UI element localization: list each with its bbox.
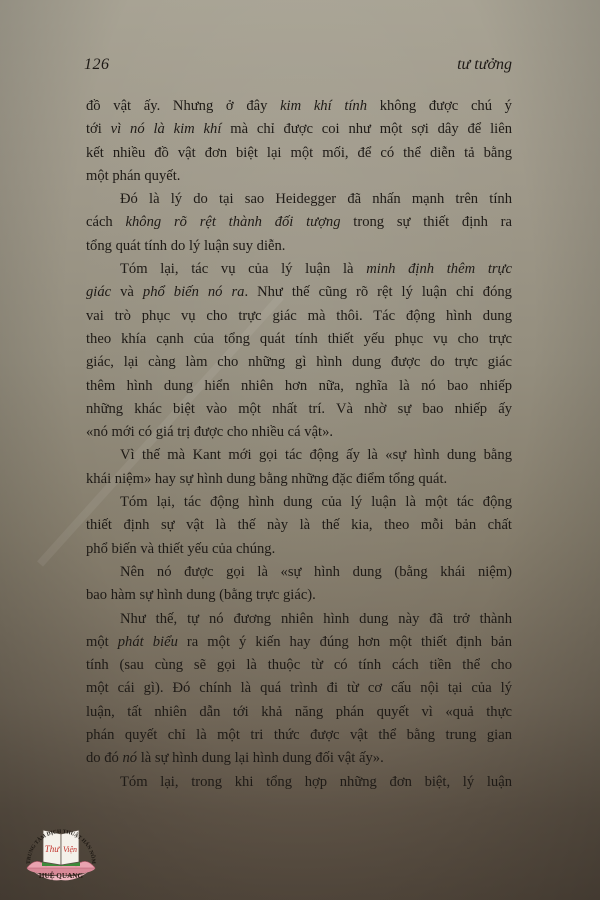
- logo-name: HUỆ QUANG: [39, 871, 84, 880]
- text-run: một phán quyết.: [86, 168, 180, 184]
- text-line: tính (sau cùng sẽ gọi là thuộc từ có tín…: [86, 654, 512, 677]
- hue-quang-logo: Thư Viện TRUNG TÂM DỊCH THUẬT HÁN NÔM HU…: [18, 812, 104, 888]
- text-line: Đó là lý do tại sao Heidegger đã nhấn mạ…: [86, 188, 512, 211]
- text-run: một: [86, 634, 118, 650]
- page-number: 126: [84, 56, 110, 74]
- text-run: phán quyết chỉ là một tri thức được vật …: [86, 727, 512, 743]
- text-line: cách không rõ rệt thành đối tượng trong …: [86, 211, 512, 234]
- text-run: Tóm lại, tác vụ của lý luận là: [120, 261, 366, 277]
- text-run: tính (sau cùng sẽ gọi là thuộc từ có tín…: [86, 657, 512, 673]
- text-run: thiết định sự vật là thế này là thế kia,…: [86, 517, 512, 533]
- text-run: tổng quát tính do lý luận suy diễn.: [86, 238, 285, 254]
- text-line: khái niệm» hay sự hình dung bằng những đ…: [86, 468, 512, 491]
- text-run: Tóm lại, tác động hình dung của lý luận …: [120, 494, 512, 510]
- text-line: thiết định sự vật là thế này là thế kia,…: [86, 514, 512, 537]
- emphasized-text: nó: [122, 750, 137, 766]
- emphasized-text: phát biểu: [118, 634, 178, 650]
- text-line: theo khía cạnh của tổng quát tính thiết …: [86, 328, 512, 351]
- text-run: ra một ý kiến hay đúng hơn một thiết địn…: [178, 634, 512, 650]
- text-line: Như thế, tự nó đương nhiên hình dung này…: [86, 608, 512, 631]
- text-line: một cái gì). Đó chính là quá trình đi từ…: [86, 677, 512, 700]
- paragraph: Tóm lại, tác động hình dung của lý luận …: [86, 491, 512, 561]
- text-line: tổng quát tính do lý luận suy diễn.: [86, 235, 512, 258]
- emphasized-text: kim khí tính: [280, 98, 367, 114]
- text-line: thêm hình dung hiển nhiên hơn nữa, nghĩa…: [86, 375, 512, 398]
- text-run: thêm hình dung hiển nhiên hơn nữa, nghĩa…: [86, 378, 512, 394]
- text-run: luận, tất nhiên dẫn tới khả năng phán qu…: [86, 704, 512, 720]
- emphasized-text: minh định thêm trực: [366, 261, 512, 277]
- emphasized-text: vì nó là kim khí: [111, 121, 222, 137]
- text-line: bao hàm sự hình dung (bằng trực giác).: [86, 584, 512, 607]
- paragraph: đồ vật ấy. Nhưng ở đây kim khí tính khôn…: [86, 95, 512, 188]
- text-run: bao hàm sự hình dung (bằng trực giác).: [86, 587, 316, 603]
- text-run: đồ vật ấy. Nhưng ở đây: [86, 98, 280, 114]
- svg-text:Thư: Thư: [45, 844, 61, 854]
- text-run: «nó mới có giá trị được cho nhiều cá vật…: [86, 424, 333, 440]
- paragraph: Như thế, tự nó đương nhiên hình dung này…: [86, 608, 512, 771]
- text-run: trong sự thiết định ra: [341, 214, 512, 230]
- text-run: kết nhiều đồ vật đơn biệt lại một mối, đ…: [86, 145, 512, 161]
- text-line: Nên nó được gọi là «sự hình dung (bằng k…: [86, 561, 512, 584]
- text-run: Như thế, tự nó đương nhiên hình dung này…: [120, 611, 512, 627]
- text-line: những khác biệt vào một nhất trí. Và nhờ…: [86, 398, 512, 421]
- text-run: khái niệm» hay sự hình dung bằng những đ…: [86, 471, 447, 487]
- text-run: và: [111, 284, 143, 300]
- text-line: luận, tất nhiên dẫn tới khả năng phán qu…: [86, 701, 512, 724]
- text-run: không được chú ý: [367, 98, 512, 114]
- text-run: theo khía cạnh của tổng quát tính thiết …: [86, 331, 512, 347]
- text-line: một phán quyết.: [86, 165, 512, 188]
- text-run: những khác biệt vào một nhất trí. Và nhờ…: [86, 401, 512, 417]
- text-line: phổ biến và thiết yếu của chúng.: [86, 538, 512, 561]
- text-line: vai trò phục vụ cho trực giác mà thôi. T…: [86, 305, 512, 328]
- text-run: phổ biến và thiết yếu của chúng.: [86, 541, 275, 557]
- text-run: một cái gì). Đó chính là quá trình đi từ…: [86, 680, 512, 696]
- running-title: tư tưởng: [457, 56, 512, 74]
- text-line: Vì thế mà Kant mới gọi tác động ấy là «s…: [86, 444, 512, 467]
- text-run: tới: [86, 121, 111, 137]
- text-line: do đó nó là sự hình dung lại hình dung đ…: [86, 747, 512, 770]
- paragraph: Tóm lại, tác vụ của lý luận là minh định…: [86, 258, 512, 444]
- text-run: Vì thế mà Kant mới gọi tác động ấy là «s…: [120, 447, 512, 463]
- text-line: một phát biểu ra một ý kiến hay đúng hơn…: [86, 631, 512, 654]
- paragraph: Vì thế mà Kant mới gọi tác động ấy là «s…: [86, 444, 512, 491]
- text-run: Nên nó được gọi là «sự hình dung (bằng k…: [120, 564, 512, 580]
- text-line: tới vì nó là kim khí mà chỉ được coi như…: [86, 118, 512, 141]
- text-run: cách: [86, 214, 126, 230]
- text-line: Tóm lại, tác động hình dung của lý luận …: [86, 491, 512, 514]
- text-run: vai trò phục vụ cho trực giác mà thôi. T…: [86, 308, 512, 324]
- emphasized-text: không rõ rệt thành đối tượng: [126, 214, 341, 230]
- emphasized-text: phổ biến nó ra: [143, 284, 245, 300]
- page-header: 126 tư tưởng: [84, 56, 512, 78]
- paragraph: Đó là lý do tại sao Heidegger đã nhấn mạ…: [86, 188, 512, 258]
- text-run: giác, lại càng làm cho những gì hình dun…: [86, 354, 512, 370]
- text-line: kết nhiều đồ vật đơn biệt lại một mối, đ…: [86, 142, 512, 165]
- text-line: giác và phổ biến nó ra. Như thế cũng rõ …: [86, 281, 512, 304]
- text-run: do đó: [86, 750, 122, 766]
- text-run: . Như thế cũng rõ rệt lý luận chỉ đóng: [244, 284, 512, 300]
- text-run: là sự hình dung lại hình dung đối vật ấy…: [137, 750, 384, 766]
- text-line: «nó mới có giá trị được cho nhiều cá vật…: [86, 421, 512, 444]
- text-line: giác, lại càng làm cho những gì hình dun…: [86, 351, 512, 374]
- text-line: Tóm lại, trong khi tổng hợp những đơn bi…: [86, 771, 512, 794]
- paragraph: Tóm lại, trong khi tổng hợp những đơn bi…: [86, 771, 512, 794]
- text-run: mà chỉ được coi như một sợi dây để liên: [221, 121, 512, 137]
- text-line: đồ vật ấy. Nhưng ở đây kim khí tính khôn…: [86, 95, 512, 118]
- svg-text:Viện: Viện: [63, 845, 77, 854]
- body-text: đồ vật ấy. Nhưng ở đây kim khí tính khôn…: [86, 95, 512, 794]
- text-line: phán quyết chỉ là một tri thức được vật …: [86, 724, 512, 747]
- emphasized-text: giác: [86, 284, 111, 300]
- text-run: Tóm lại, trong khi tổng hợp những đơn bi…: [120, 774, 512, 790]
- text-line: Tóm lại, tác vụ của lý luận là minh định…: [86, 258, 512, 281]
- paragraph: Nên nó được gọi là «sự hình dung (bằng k…: [86, 561, 512, 608]
- text-run: Đó là lý do tại sao Heidegger đã nhấn mạ…: [120, 191, 512, 207]
